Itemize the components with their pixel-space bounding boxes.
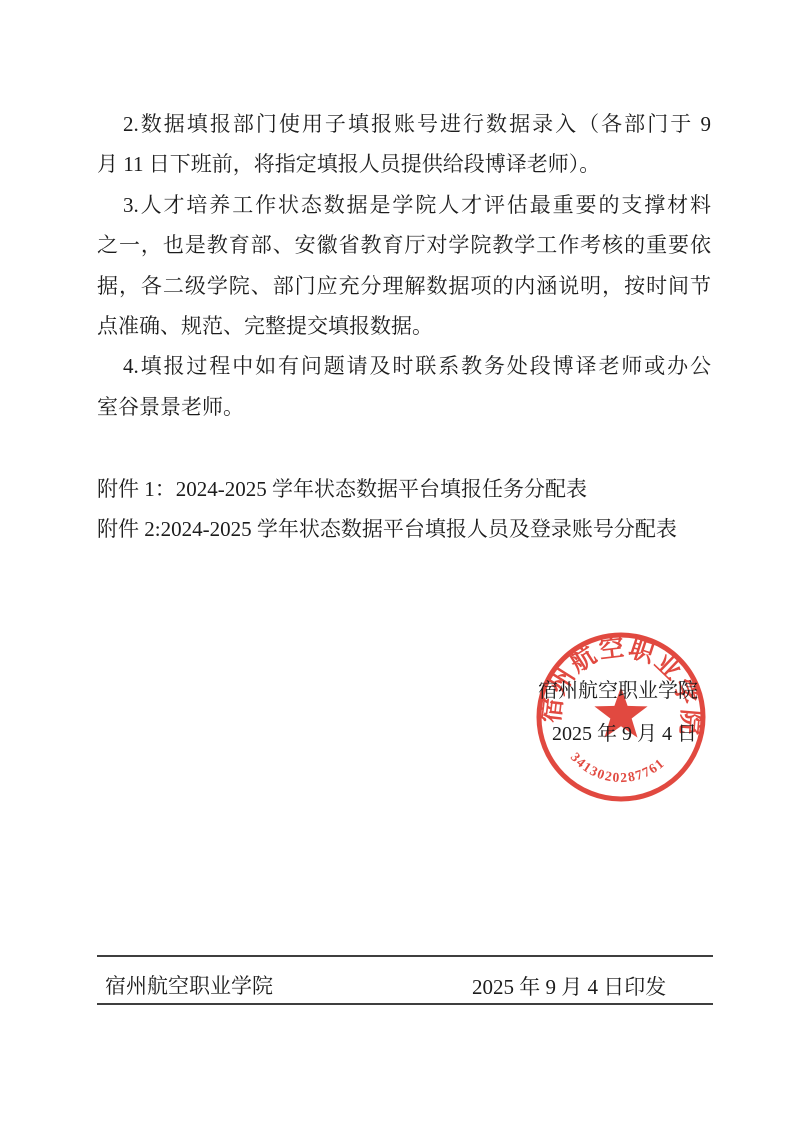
attachment-item: 附件 1：2024-2025 学年状态数据平台填报任务分配表	[97, 469, 777, 509]
document-body: 2.数据填报部门使用子填报账号进行数据录入（各部门于 9 月 11 日下班前，将…	[97, 104, 711, 427]
footer-issuer: 宿州航空职业学院	[105, 970, 273, 1000]
body-line: 4.填报过程中如有问题请及时联系教务处段博译老师或办公	[97, 346, 711, 386]
seal-serial-number: 3413020287761	[568, 749, 668, 785]
body-line: 之一，也是教育部、安徽省教育厅对学院教学工作考核的重要依	[97, 225, 711, 265]
body-line: 据，各二级学院、部门应充分理解数据项的内涵说明，按时间节	[97, 266, 711, 306]
body-line: 月 11 日下班前，将指定填报人员提供给段博译老师）。	[97, 144, 711, 184]
document-page: 2.数据填报部门使用子填报账号进行数据录入（各部门于 9 月 11 日下班前，将…	[0, 0, 793, 1122]
signature-org: 宿州航空职业学院	[538, 674, 698, 703]
footer-rule-top	[97, 955, 713, 957]
footer-rule-bottom	[97, 1003, 713, 1005]
body-line: 3.人才培养工作状态数据是学院人才评估最重要的支撑材料	[97, 185, 711, 225]
attachment-item: 附件 2:2024-2025 学年状态数据平台填报人员及登录账号分配表	[97, 509, 777, 549]
signature-date: 2025 年 9 月 4 日	[552, 717, 697, 746]
body-line: 点准确、规范、完整提交填报数据。	[97, 306, 711, 346]
body-line: 2.数据填报部门使用子填报账号进行数据录入（各部门于 9	[97, 104, 711, 144]
footer-issue-date: 2025 年 9 月 4 日印发	[472, 971, 666, 1001]
body-line: 室谷景景老师。	[97, 387, 711, 427]
attachment-list: 附件 1：2024-2025 学年状态数据平台填报任务分配表 附件 2:2024…	[97, 469, 777, 550]
